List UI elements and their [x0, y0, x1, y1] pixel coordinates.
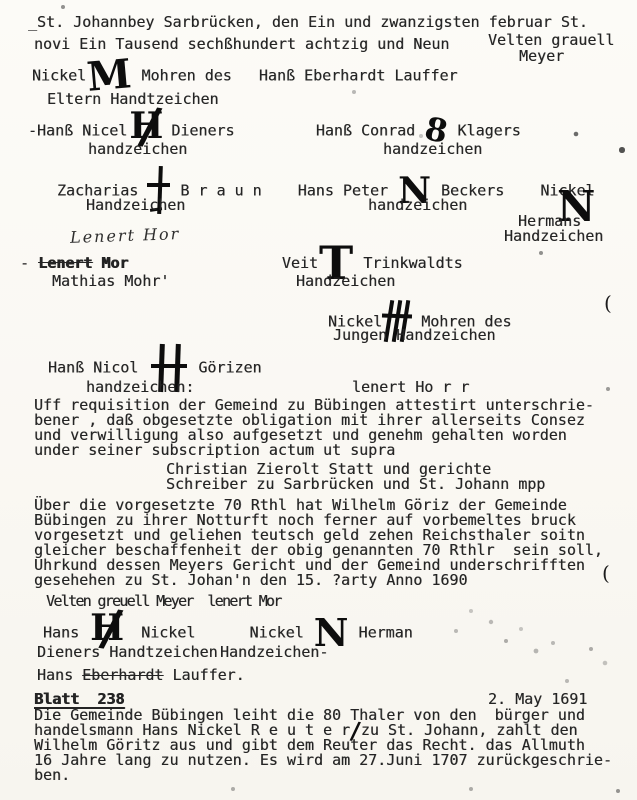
handzeichen-caption: handzeichen: [88, 140, 187, 159]
typed-text: Handzeichen: [86, 196, 185, 214]
typed-text: Meyer: [519, 47, 564, 65]
margin-paren-1: (: [604, 294, 612, 315]
typed-text: (: [602, 561, 610, 585]
attestation-paragraph-line: under seiner subscription actum ut supra: [34, 441, 395, 460]
typed-text: Nickel: [32, 67, 86, 85]
mohren-line: NickelM Mohren des Hanß Eberhardt Lauffe…: [32, 60, 458, 92]
lauffer-line: Hans Eberhardt Lauffer.: [37, 666, 245, 685]
handzeichen-caption: Handzeichen: [296, 272, 395, 291]
lenert-hor-script: Lenert Hor: [70, 226, 180, 246]
mark-stroke: [147, 183, 170, 187]
typed-text: Hans: [43, 624, 88, 642]
typed-text: _St. Johannbey Sarbrücken, den Ein und z…: [28, 13, 588, 31]
handzeichen-caption: handzeichen: [368, 196, 467, 215]
typed-text: Handzeichen: [296, 272, 395, 290]
dateline-1: _St. Johannbey Sarbrücken, den Ein und z…: [28, 13, 588, 32]
typed-text: handzeichen:: [86, 378, 194, 396]
typed-text: under seiner subscription actum ut supra: [34, 441, 395, 459]
typed-text: Schreiber zu Sarbrücken und St. Johann m…: [166, 475, 545, 493]
typed-text: Eberhardt: [82, 666, 163, 684]
typed-text: 16 Jahre lang zu nutzen. Es wird am 27.J…: [34, 751, 612, 769]
typed-text: Görizen: [189, 359, 261, 377]
margin-paren-2: (: [602, 564, 610, 585]
typed-text: Trinkwaldts: [354, 254, 462, 272]
scan-noise-specks: [0, 0, 2, 2]
typed-text: Lenert: [38, 254, 92, 272]
dateline-2: novi Ein Tausend sechßhundert achtzig un…: [34, 35, 449, 54]
mohren-m-handzeichen-mark: M: [86, 58, 133, 94]
loan-paragraph-line: gesehehen zu St. Johan'n den 15. ?arty A…: [34, 571, 467, 590]
velten-lenert-line: Velten greuell Meyer lenert Mor: [46, 592, 281, 611]
typed-text: Jungen Handzeichen: [333, 326, 496, 344]
summary-paragraph-line: ben.: [34, 766, 70, 785]
summary-paragraph-line: 16 Jahre lang zu nutzen. Es wird am 27.J…: [34, 751, 612, 770]
typed-text: handzeichen: [368, 196, 467, 214]
typed-text: Veit: [128, 254, 318, 272]
typed-text: Mathias Mohr': [52, 272, 169, 290]
mathias-mohr-line: Mathias Mohr': [52, 272, 169, 291]
typed-text: gesehehen zu St. Johan'n den 15. ?arty A…: [34, 571, 467, 589]
typed-text: lenert Ho r r: [352, 378, 469, 396]
typed-text: -: [20, 254, 38, 272]
lenert-horr-line: lenert Ho r r: [352, 378, 469, 397]
handzeichen-caption: Handzeichen: [504, 227, 603, 246]
typed-text: Nickel Nickel: [132, 624, 313, 642]
typed-text: Herman: [350, 624, 413, 642]
meyer-signature-2: Meyer: [519, 47, 564, 66]
typed-text: Klagers: [448, 122, 520, 140]
typed-text: novi Ein Tausend sechßhundert achtzig un…: [34, 35, 449, 53]
typed-text: Handzeichen-: [220, 643, 328, 661]
handzeichen-caption: handzeichen: [383, 140, 482, 159]
mark-stroke: [151, 364, 187, 368]
typed-text: Lauffer.: [163, 666, 244, 684]
typed-text: Velten greuell Meyer lenert Mor: [46, 592, 281, 610]
typed-text: Dieners Handtzeichen: [37, 643, 218, 661]
handzeichen-caption: Dieners Handtzeichen: [37, 643, 218, 662]
handzeichen-caption: Handzeichen: [86, 196, 185, 215]
jungen-handzeichen-caption: Jungen Handzeichen: [333, 326, 496, 345]
typed-text: Hans: [37, 666, 82, 684]
typed-text: ben.: [34, 766, 70, 784]
typed-text: Lenert Hor: [70, 224, 181, 247]
typed-text: Handzeichen: [504, 227, 603, 245]
handzeichen-caption: Handzeichen-: [220, 643, 328, 662]
typed-text: (: [604, 291, 612, 315]
typed-text: Mor: [92, 254, 128, 272]
typed-text: B r a u n Hans Peter: [171, 182, 397, 200]
typed-text: Hanß Nicol: [48, 359, 147, 377]
typed-text: handzeichen: [88, 140, 187, 158]
document-page: _St. Johannbey Sarbrücken, den Ein und z…: [0, 0, 637, 800]
typed-text: handzeichen: [383, 140, 482, 158]
typed-text: Mohren des Hanß Eberhardt Lauffer: [132, 67, 457, 85]
zierolt-signature-2: Schreiber zu Sarbrücken und St. Johann m…: [166, 475, 545, 494]
handzeichen-caption: handzeichen:: [86, 378, 194, 397]
typed-text: -Hanß Nicel: [28, 122, 127, 140]
typed-text: Dieners Hanß Conrad: [171, 122, 424, 140]
